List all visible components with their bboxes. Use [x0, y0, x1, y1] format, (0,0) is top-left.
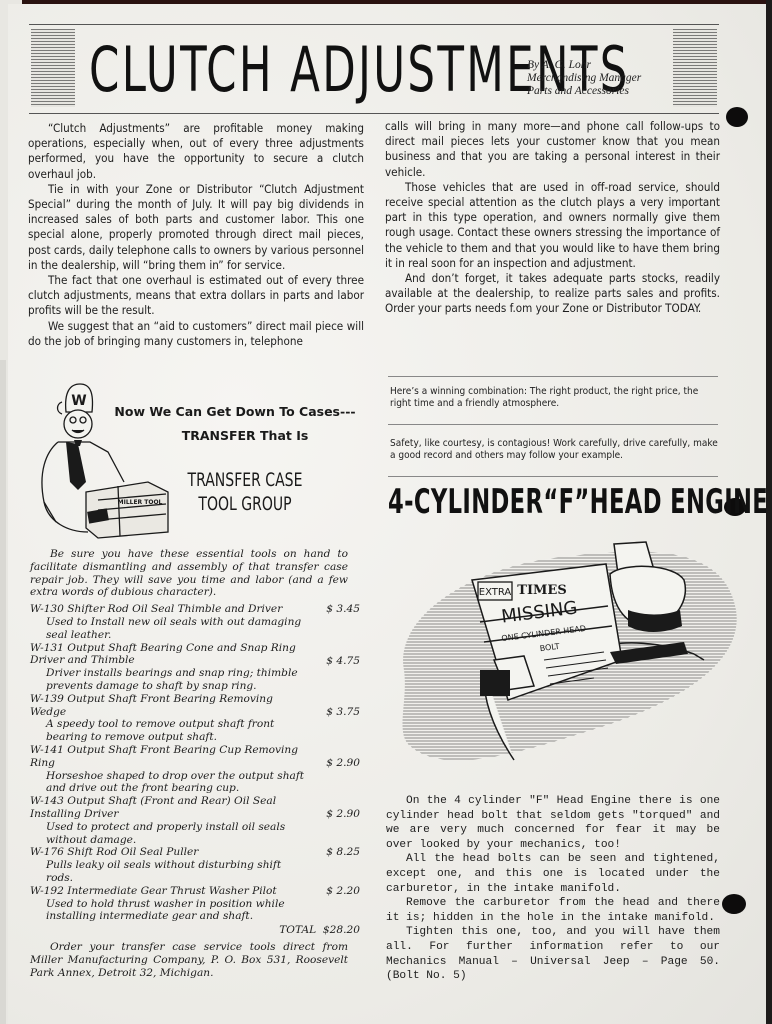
article-paragraph: Those vehicles that are used in off-road… [385, 180, 720, 271]
tool-description: Used to protect and properly install oil… [30, 821, 348, 847]
binder-hole-top [726, 107, 748, 127]
tool-item: W-176 Shift Rod Oil Seal Puller$ 8.25Pul… [30, 846, 348, 884]
article-paragraph: “Clutch Adjustments” are profitable mone… [28, 121, 364, 182]
tool-name: W-176 Shift Rod Oil Seal Puller [30, 846, 348, 859]
tool-total: TOTAL $28.20 [30, 924, 360, 937]
note-safety: Safety, like courtesy, is contagious! Wo… [390, 438, 720, 461]
tool-description: Pulls leaky oil seals without disturbing… [30, 859, 348, 885]
banner-stripe-left [31, 29, 75, 107]
tool-list: Be sure you have these essential tools o… [30, 548, 348, 979]
engine-section-title: 4-CYLINDER“F”HEAD ENGINE [388, 482, 768, 522]
tool-title: Intermediate Gear Thrust Washer Pilot [67, 885, 276, 897]
tool-item: W-141 Output Shaft Front Bearing Cup Rem… [30, 744, 348, 795]
tool-item: W-130 Shifter Rod Oil Seal Thimble and D… [30, 603, 348, 641]
tool-code: W-141 [30, 744, 64, 756]
article-paragraph: Tighten this one, too, and you will have… [386, 925, 720, 983]
divider [388, 424, 718, 425]
tool-name: W-192 Intermediate Gear Thrust Washer Pi… [30, 885, 348, 898]
svg-text:W: W [71, 393, 86, 409]
tool-title: Output Shaft Front Bearing Removing Wedg… [30, 693, 273, 718]
svg-text:TIMES: TIMES [517, 583, 566, 598]
promo-section-heading: TRANSFER CASE TOOL GROUP [175, 468, 314, 516]
tool-list-intro: Be sure you have these essential tools o… [30, 548, 348, 599]
article-paragraph: All the head bolts can be seen and tight… [386, 852, 720, 896]
tool-item: W-143 Output Shaft (Front and Rear) Oil … [30, 795, 348, 846]
article-paragraph: We suggest that an “aid to customers” di… [28, 319, 364, 349]
tool-code: W-131 [30, 642, 64, 654]
article-paragraph: And don’t forget, it takes adequate part… [385, 271, 720, 317]
tool-price: $ 2.90 [326, 808, 360, 821]
tool-code: W-139 [30, 693, 64, 705]
article-paragraph: The fact that one overhaul is estimated … [28, 273, 364, 319]
tool-title: Output Shaft (Front and Rear) Oil Seal I… [30, 795, 276, 820]
divider [388, 476, 718, 477]
svg-text:EXTRA: EXTRA [479, 587, 512, 598]
tool-item: W-192 Intermediate Gear Thrust Washer Pi… [30, 885, 348, 923]
article-left-column: “Clutch Adjustments” are profitable mone… [28, 121, 364, 349]
tool-item: W-139 Output Shaft Front Bearing Removin… [30, 693, 348, 744]
article-right-column: calls will bring in many more—and phone … [385, 119, 720, 317]
article-paragraph: On the 4 cylinder "F" Head Engine there … [386, 794, 720, 852]
promo-heading-line: TOOL GROUP [175, 492, 314, 516]
tool-price: $ 3.75 [326, 706, 360, 719]
tool-title: Shift Rod Oil Seal Puller [67, 846, 198, 858]
tool-code: W-130 [30, 603, 64, 615]
byline-dept: Parts and Accessories [527, 85, 641, 98]
total-label: TOTAL [279, 924, 316, 936]
article-paragraph: Remove the carburetor from the head and … [386, 896, 720, 925]
tool-items: W-130 Shifter Rod Oil Seal Thimble and D… [30, 603, 348, 923]
promo-headline: Now We Can Get Down To Cases--- [100, 404, 370, 419]
tool-description: A speedy tool to remove output shaft fro… [30, 718, 348, 744]
article-paragraph-continued: calls will bring in many more—and phone … [385, 119, 720, 180]
note-winning-combination: Here’s a winning combination: The right … [390, 386, 720, 409]
tool-description: Used to hold thrust washer in position w… [30, 898, 348, 924]
tool-name: W-139 Output Shaft Front Bearing Removin… [30, 693, 348, 719]
tool-price: $ 2.20 [326, 885, 360, 898]
byline-role: Merchandising Manager [527, 72, 641, 85]
svg-text:MILLER TOOL: MILLER TOOL [118, 499, 163, 506]
mechanic-reading-newspaper-illustration: EXTRA TIMES MISSING ONE CYLINDER HEAD BO… [384, 530, 744, 785]
tool-price: $ 2.90 [326, 757, 360, 770]
binder-hole-bottom [722, 894, 746, 914]
tool-price: $ 4.75 [326, 655, 360, 668]
tool-title: Output Shaft Bearing Cone and Snap Ring … [30, 642, 296, 667]
tool-description: Driver installs bearings and snap ring; … [30, 667, 348, 693]
tool-description: Horseshoe shaped to drop over the output… [30, 770, 348, 796]
total-value: $28.20 [323, 924, 360, 936]
tool-name: W-141 Output Shaft Front Bearing Cup Rem… [30, 744, 348, 770]
tool-item: W-131 Output Shaft Bearing Cone and Snap… [30, 642, 348, 693]
tool-name: W-131 Output Shaft Bearing Cone and Snap… [30, 642, 348, 668]
article-paragraph: Tie in with your Zone or Distributor “Cl… [28, 182, 364, 273]
page-edge-shadow [0, 360, 6, 1024]
tool-title: Output Shaft Front Bearing Cup Removing … [30, 744, 298, 769]
tool-description: Used to Install new oil seals with out d… [30, 616, 348, 642]
tool-price: $ 8.25 [326, 846, 360, 859]
tool-code: W-176 [30, 846, 64, 858]
engine-article: On the 4 cylinder "F" Head Engine there … [386, 794, 720, 984]
tool-code: W-143 [30, 795, 64, 807]
byline: By A. G. Lohr Merchandising Manager Part… [527, 59, 641, 98]
header-banner: CLUTCH ADJUSTMENTS By A. G. Lohr Merchan… [29, 24, 719, 114]
byline-author: By A. G. Lohr [527, 59, 641, 72]
promo-subheadline: TRANSFER That Is [160, 428, 330, 443]
tool-code: W-192 [30, 885, 64, 897]
promo-heading-line: TRANSFER CASE [175, 468, 314, 492]
divider [388, 376, 718, 377]
banner-stripe-right [673, 29, 717, 107]
tool-name: W-130 Shifter Rod Oil Seal Thimble and D… [30, 603, 348, 616]
tool-name: W-143 Output Shaft (Front and Rear) Oil … [30, 795, 348, 821]
order-instructions: Order your transfer case service tools d… [30, 941, 348, 979]
tool-title: Shifter Rod Oil Seal Thimble and Driver [67, 603, 282, 615]
tool-price: $ 3.45 [326, 603, 360, 616]
